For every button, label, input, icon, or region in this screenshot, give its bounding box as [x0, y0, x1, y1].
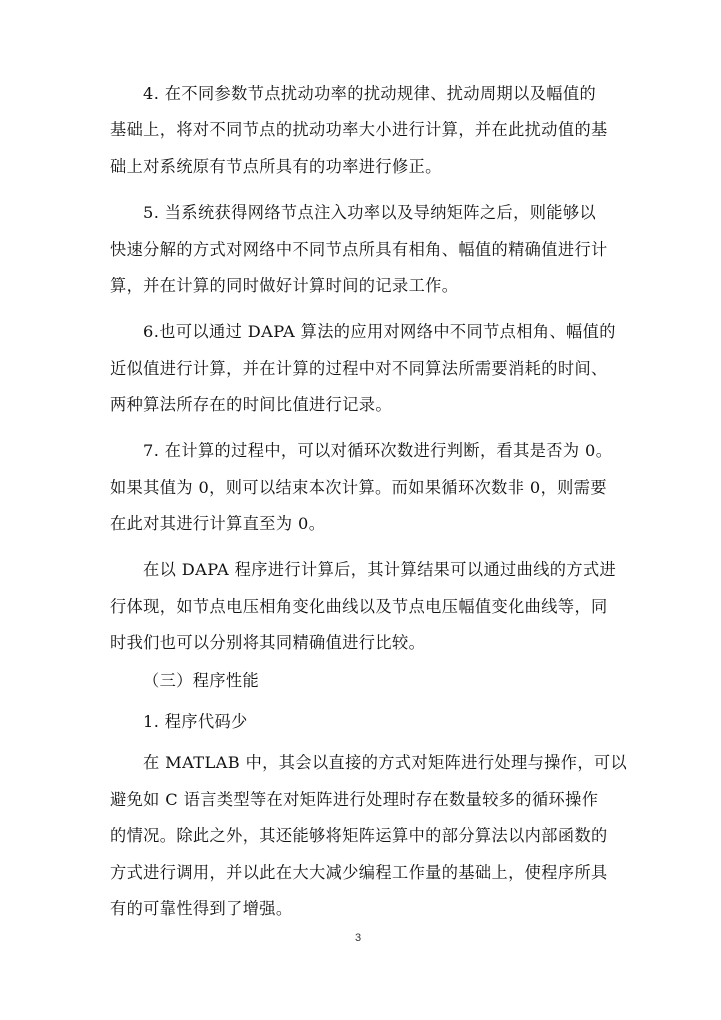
section-heading: （三）程序性能: [143, 671, 259, 691]
paragraph-line: 行体现，如节点电压相角变化曲线以及节点电压幅值变化曲线等，同: [110, 597, 608, 617]
paragraph-line: 避免如 C 语言类型等在对矩阵进行处理时存在数量较多的循环操作: [110, 790, 598, 810]
page-number: 3: [355, 932, 361, 944]
paragraph-line: 方式进行调用，并以此在大大减少编程工作量的基础上，使程序所具: [110, 863, 608, 883]
paragraph-line: 在 MATLAB 中，其会以直接的方式对矩阵进行处理与操作，可以: [143, 753, 627, 773]
paragraph-line: 时我们也可以分别将其同精确值进行比较。: [110, 633, 425, 653]
paragraph-line: 5. 当系统获得网络节点注入功率以及导纳矩阵之后，则能够以: [143, 203, 596, 223]
paragraph-line: 础上对系统原有节点所具有的功率进行修正。: [110, 157, 442, 177]
paragraph-line: 快速分解的方式对网络中不同节点所具有相角、幅值的精确值进行计: [110, 240, 608, 260]
paragraph-line: 有的可靠性得到了增强。: [110, 899, 292, 919]
paragraph-line: 算，并在计算的同时做好计算时间的记录工作。: [110, 276, 458, 296]
paragraph-line: 7. 在计算的过程中，可以对循环次数进行判断，看其是否为 0。: [143, 441, 612, 461]
subsection-heading: 1. 程序代码少: [143, 712, 248, 732]
paragraph-line: 4. 在不同参数节点扰动功率的扰动规律、扰动周期以及幅值的: [143, 84, 596, 104]
paragraph-line: 基础上，将对不同节点的扰动功率大小进行计算，并在此扰动值的基: [110, 120, 608, 140]
paragraph-line: 在此对其进行计算直至为 0。: [110, 514, 325, 534]
paragraph-line: 在以 DAPA 程序进行计算后，其计算结果可以通过曲线的方式进: [143, 560, 616, 580]
paragraph-line: 的情况。除此之外，其还能够将矩阵运算中的部分算法以内部函数的: [110, 826, 608, 846]
paragraph-line: 两种算法所存在的时间比值进行记录。: [110, 395, 392, 415]
paragraph-line: 近似值进行计算，并在计算的过程中对不同算法所需要消耗的时间、: [110, 359, 608, 379]
paragraph-line: 6.也可以通过 DAPA 算法的应用对网络中不同节点相角、幅值的: [143, 322, 616, 342]
paragraph-line: 如果其值为 0，则可以结束本次计算。而如果循环次数非 0，则需要: [110, 478, 607, 498]
